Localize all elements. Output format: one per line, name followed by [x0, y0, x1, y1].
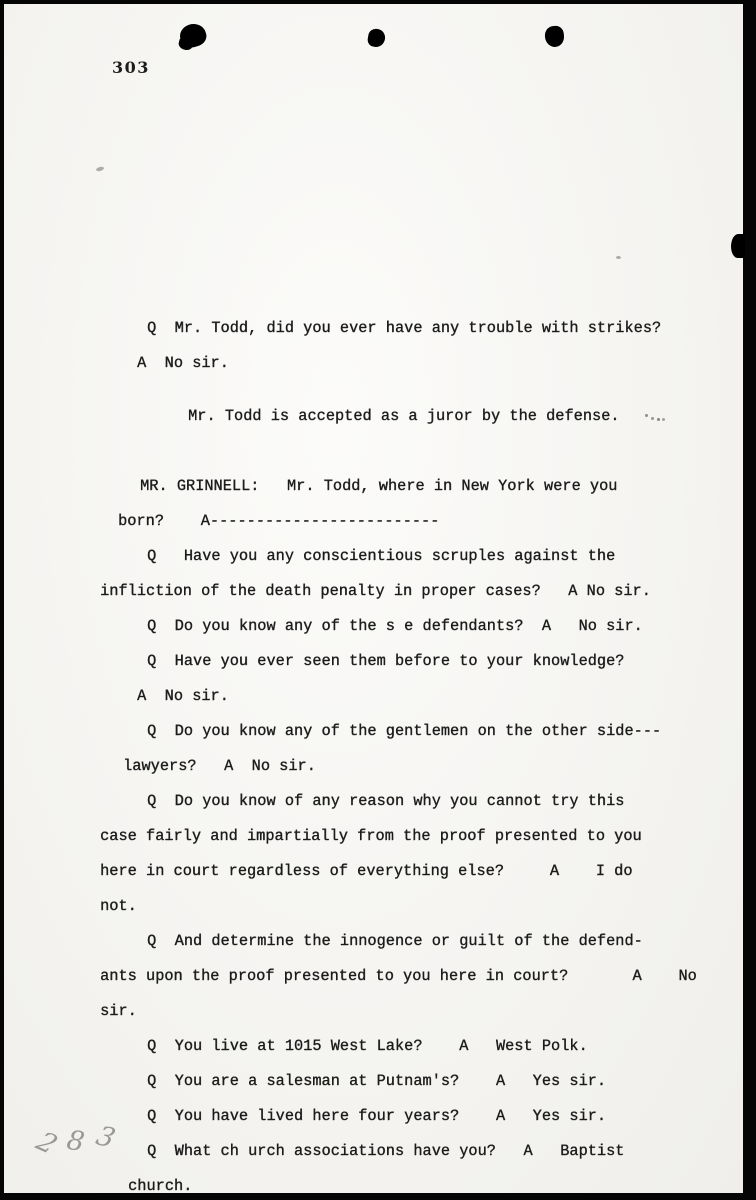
- transcript-line: Q Do you know of any reason why you cann…: [147, 791, 624, 811]
- handwritten-number: 2 8 3: [34, 1124, 134, 1176]
- handwritten-digit: 2: [32, 1128, 62, 1158]
- document-page: 303 Q Mr. Todd, did you ever have any tr…: [4, 4, 743, 1193]
- transcript-line: MR. GRINNELL: Mr. Todd, where in New Yor…: [140, 476, 617, 496]
- transcript-line: Q Do you know any of the gentlemen on th…: [147, 721, 661, 741]
- transcript-line: Q You have lived here four years? A Yes …: [147, 1106, 606, 1126]
- transcript-line: Q Do you know any of the s e defendants?…: [147, 616, 643, 636]
- scanned-document: 303 Q Mr. Todd, did you ever have any tr…: [0, 0, 756, 1200]
- transcript-line: case fairly and impartially from the pro…: [100, 826, 642, 846]
- transcript-line: Q Mr. Todd, did you ever have any troubl…: [147, 318, 661, 338]
- transcript-line: Mr. Todd is accepted as a juror by the d…: [188, 406, 619, 426]
- transcript-line: infliction of the death penalty in prope…: [100, 581, 651, 601]
- scan-edge-blob: [731, 234, 745, 258]
- transcript-line: lawyers? A No sir.: [123, 756, 316, 776]
- transcript-body: Q Mr. Todd, did you ever have any troubl…: [4, 4, 743, 1193]
- handwritten-digit: 3: [93, 1123, 119, 1153]
- transcript-line: ants upon the proof presented to you her…: [100, 966, 697, 986]
- transcript-line: Q Have you any conscientious scruples ag…: [147, 546, 615, 566]
- handwritten-digit: 8: [65, 1127, 87, 1157]
- transcript-line: A No sir.: [137, 686, 229, 706]
- transcript-line: Q What ch urch associations have you? A …: [147, 1141, 624, 1161]
- ink-smudge: [645, 414, 648, 417]
- transcript-line: church.: [128, 1176, 192, 1194]
- transcript-line: Q You live at 1015 West Lake? A West Pol…: [147, 1036, 588, 1056]
- transcript-line: here in court regardless of everything e…: [100, 861, 632, 881]
- transcript-line: not.: [100, 896, 137, 916]
- transcript-line: Q You are a salesman at Putnam's? A Yes …: [147, 1071, 606, 1091]
- transcript-line: A No sir.: [137, 353, 229, 373]
- transcript-line: born? A-------------------------: [118, 511, 439, 531]
- transcript-line: sir.: [100, 1001, 137, 1021]
- transcript-line: Q Have you ever seen them before to your…: [147, 651, 624, 671]
- transcript-line: Q And determine the innogence or guilt o…: [147, 931, 643, 951]
